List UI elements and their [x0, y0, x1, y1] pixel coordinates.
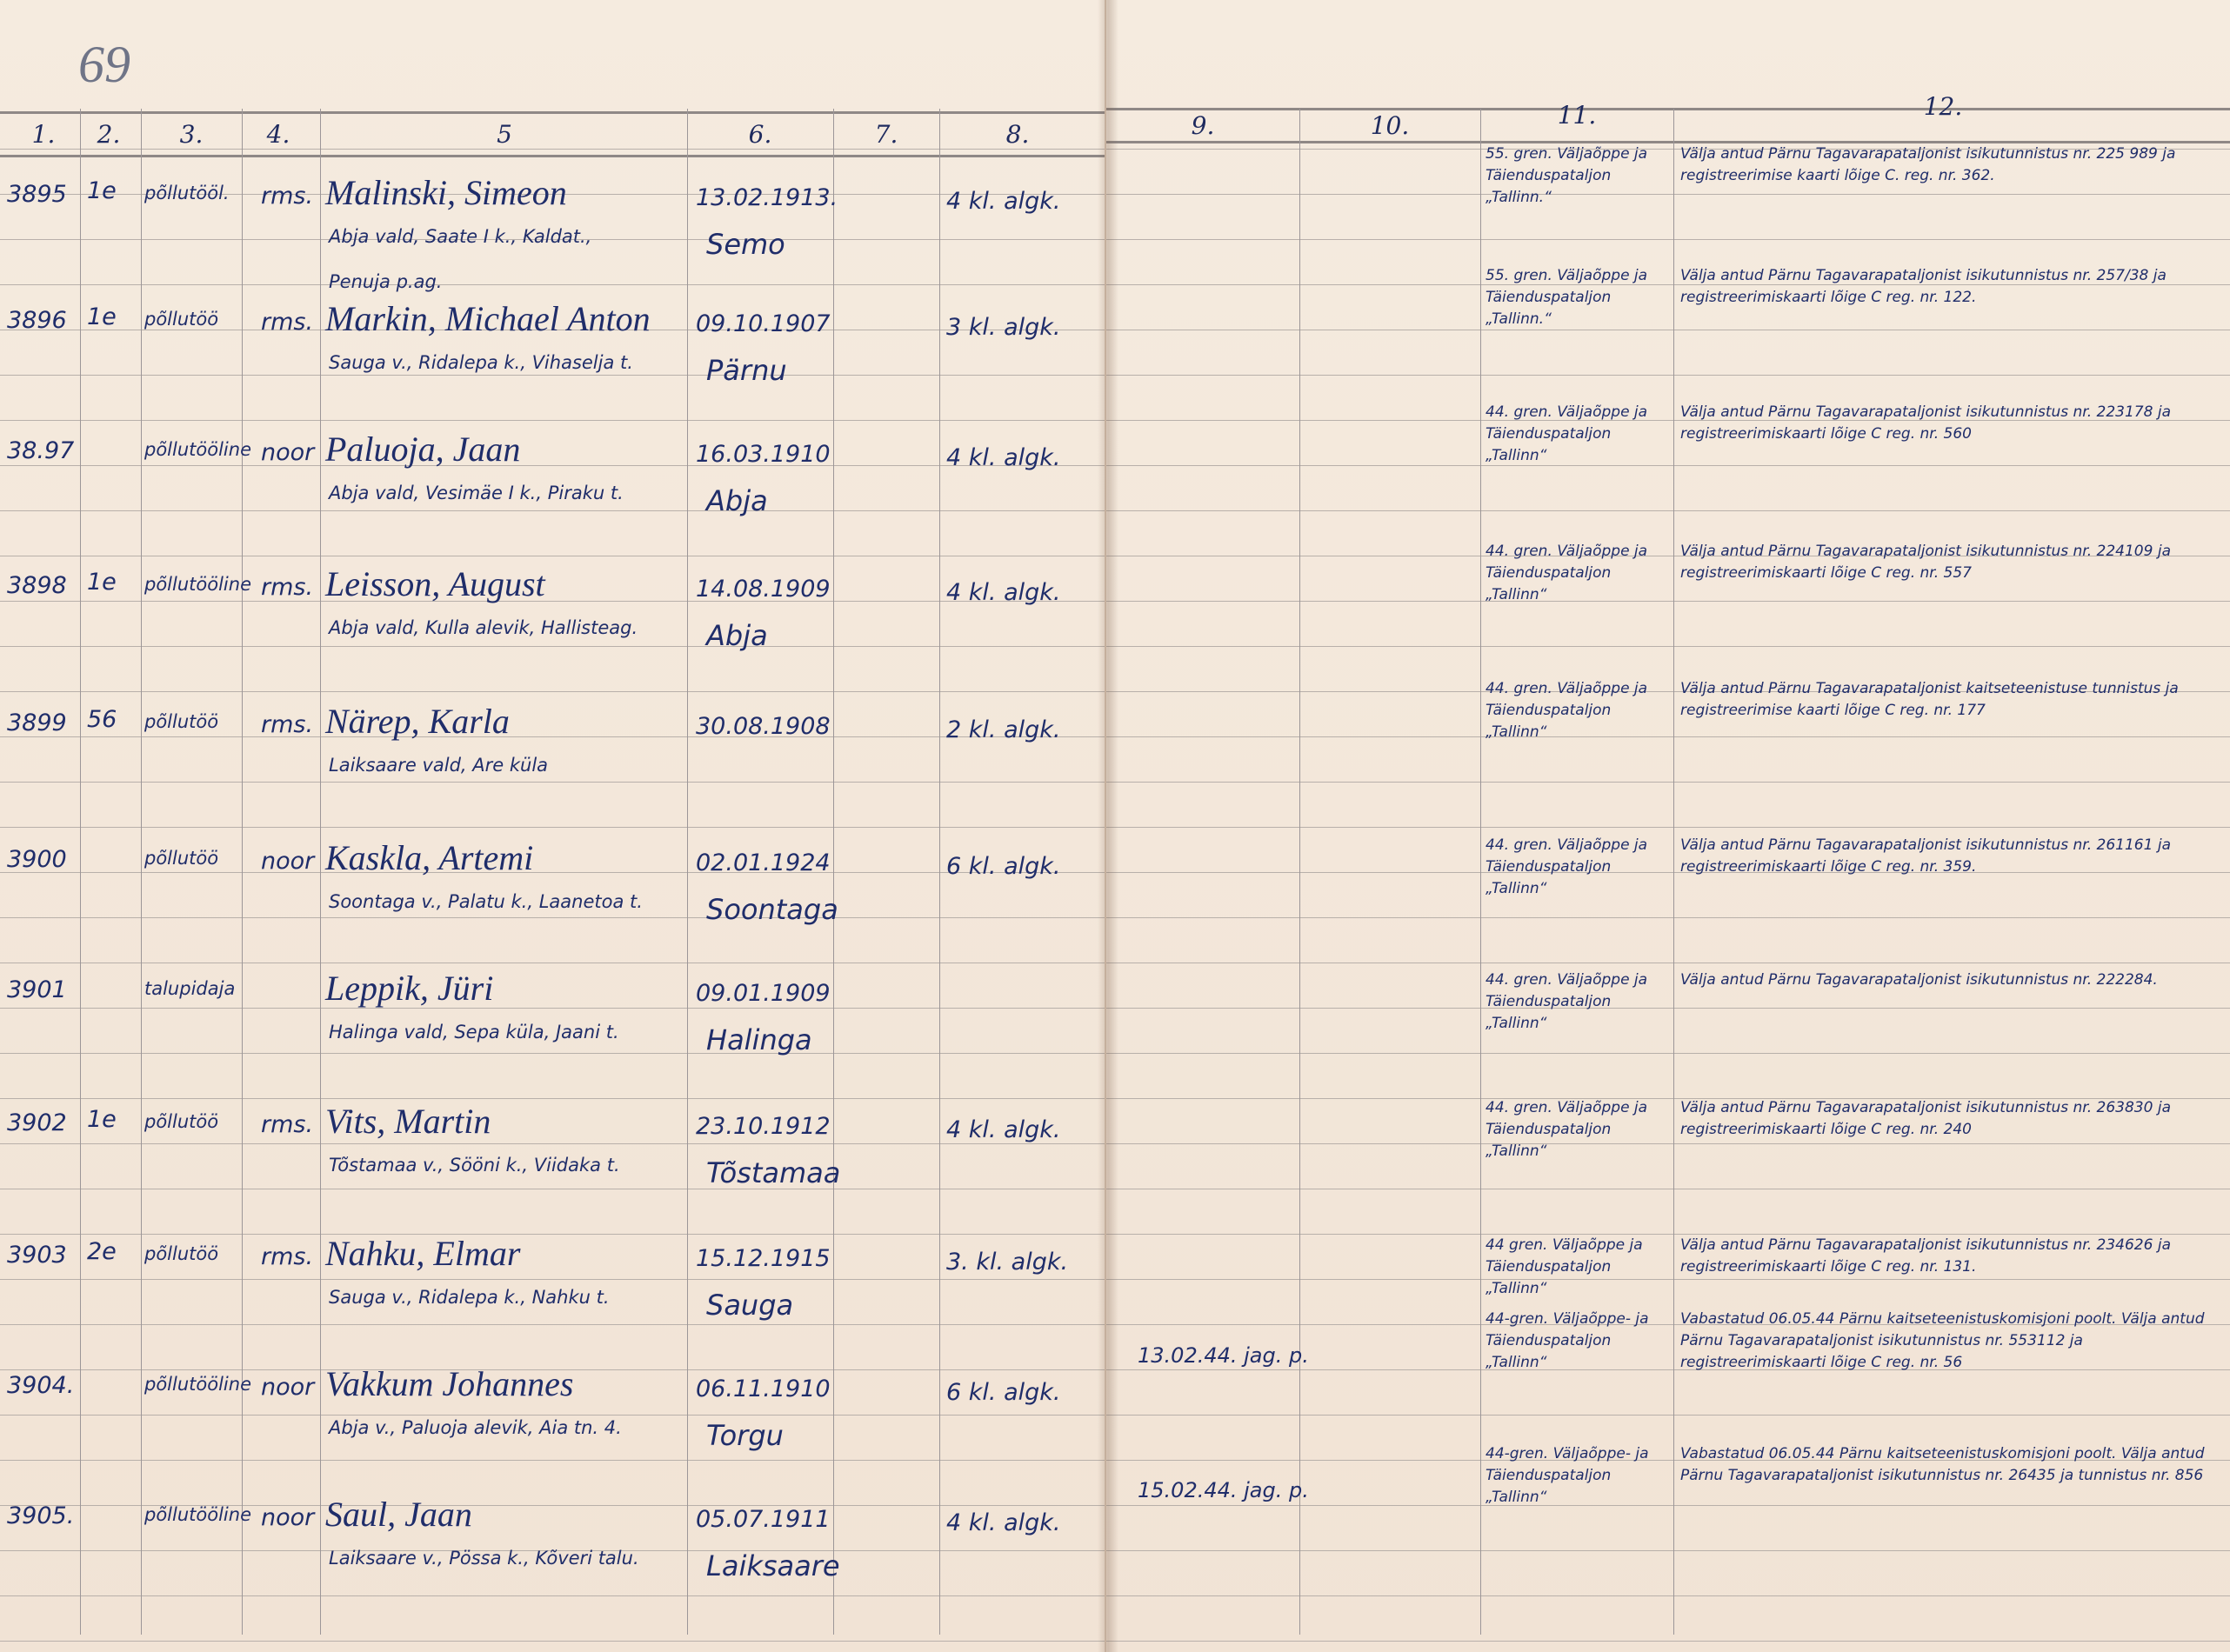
- entry-rank: noor: [261, 439, 314, 466]
- page-number: 69: [78, 35, 130, 95]
- entry-rank: rms.: [261, 183, 313, 210]
- entry-name: Saul, Jaan: [325, 1494, 472, 1535]
- entry-rank: rms.: [261, 574, 313, 601]
- entry-address: Soontaga v., Palatu k., Laanetoa t.: [329, 891, 643, 912]
- entry-rank: noor: [261, 848, 314, 875]
- entry-number: 3896: [7, 307, 67, 334]
- entry-birth-place: Abja: [706, 484, 768, 517]
- entry-birth-date: 05.07.1911: [696, 1506, 831, 1533]
- entry-occupation: põllutöö: [144, 848, 218, 869]
- ledger-book: 69 1. 2. 3. 4. 5 6. 7. 8. 38951epõllutöö…: [0, 0, 2230, 1652]
- entry-birth-date: 13.02.1913.: [696, 184, 838, 211]
- column-header-4: 4.: [244, 120, 313, 149]
- entry-name: Vakkum Johannes: [325, 1363, 573, 1404]
- entry-number: 3898: [7, 572, 67, 599]
- entry-name: Vits, Martin: [325, 1101, 491, 1142]
- entry-address: Laiksaare v., Pössa k., Kõveri talu.: [329, 1548, 639, 1569]
- entry-education: 3 kl. algk.: [946, 314, 1060, 341]
- column-divider: [242, 109, 243, 1635]
- entry-remark: Välja antud Pärnu Tagavarapataljonist is…: [1680, 1097, 2215, 1141]
- entry-category: 2e: [87, 1238, 117, 1265]
- entry-number: 3903: [7, 1242, 67, 1269]
- entry-name: Nahku, Elmar: [325, 1233, 520, 1274]
- entry-remark: Välja antud Pärnu Tagavarapataljonist is…: [1680, 402, 2215, 445]
- entry-rank: noor: [261, 1374, 314, 1401]
- entry-name: Kaskla, Artemi: [325, 837, 533, 878]
- entry-address: Sauga v., Ridalepa k., Nahku t.: [329, 1287, 610, 1308]
- entry-birth-date: 15.12.1915: [696, 1245, 831, 1272]
- column-divider: [1480, 109, 1481, 1635]
- entry-occupation: põllutöö: [144, 1111, 218, 1132]
- entry-birth-place: Laiksaare: [706, 1549, 840, 1582]
- book-gutter: [1098, 0, 1118, 1652]
- entry-unit: 44-gren. Väljaõppe- ja Täienduspataljon …: [1486, 1309, 1668, 1374]
- column-header-11: 11.: [1480, 101, 1673, 130]
- entry-education: 4 kl. algk.: [946, 188, 1060, 215]
- entry-address-cont: Penuja p.ag.: [329, 271, 442, 292]
- column-header-12: 12.: [1673, 92, 2213, 121]
- entry-birth-date: 16.03.1910: [696, 441, 831, 468]
- entry-occupation: põllutööline: [144, 439, 251, 460]
- column-header-8: 8.: [939, 120, 1096, 149]
- entry-occupation: põllutööline: [144, 1374, 251, 1395]
- entry-address: Abja vald, Vesimäe I k., Piraku t.: [329, 483, 624, 503]
- entry-category: 1e: [87, 569, 117, 596]
- entry-address: Abja vald, Saate I k., Kaldat.,: [329, 226, 591, 247]
- entry-address: Tõstamaa v., Sööni k., Viidaka t.: [329, 1155, 620, 1176]
- entry-birth-place: Semo: [706, 228, 785, 261]
- entry-address: Abja vald, Kulla alevik, Hallisteag.: [329, 617, 638, 638]
- entry-number: 3901: [7, 976, 67, 1003]
- right-page: 9. 10. 11. 12. 55. gren. Väljaõppe ja Tä…: [1106, 0, 2230, 1652]
- column-header-5: 5: [322, 120, 687, 149]
- column-divider: [1673, 109, 1674, 1635]
- entry-name: Närep, Karla: [325, 701, 510, 742]
- entry-number: 3905.: [7, 1502, 74, 1529]
- entry-remark: Välja antud Pärnu Tagavarapataljonist is…: [1680, 265, 2215, 309]
- column-divider: [1299, 109, 1300, 1635]
- column-divider: [80, 109, 81, 1635]
- entry-remark: Välja antud Pärnu Tagavarapataljonist is…: [1680, 969, 2215, 991]
- entry-unit: 44. gren. Väljaõppe ja Täienduspataljon …: [1486, 541, 1668, 606]
- entry-birth-place: Soontaga: [706, 893, 838, 926]
- entry-birth-place: Sauga: [706, 1289, 793, 1322]
- entry-address: Halinga vald, Sepa küla, Jaani t.: [329, 1022, 619, 1042]
- ruled-lines: [1106, 104, 2230, 1652]
- entry-occupation: põllutöö: [144, 309, 218, 330]
- entry-birth-date: 09.01.1909: [696, 980, 831, 1007]
- entry-category: 56: [87, 706, 117, 733]
- entry-col9: 15.02.44. jag. p.: [1138, 1478, 1309, 1502]
- entry-occupation: põllutööl.: [144, 183, 230, 203]
- entry-birth-place: Tõstamaa: [706, 1156, 840, 1189]
- column-header-6: 6.: [687, 120, 833, 149]
- entry-education: 4 kl. algk.: [946, 444, 1060, 471]
- left-page: 69 1. 2. 3. 4. 5 6. 7. 8. 38951epõllutöö…: [0, 0, 1106, 1652]
- entry-address: Laiksaare vald, Are küla: [329, 755, 548, 776]
- entry-birth-place: Abja: [706, 619, 768, 652]
- entry-birth-place: Halinga: [706, 1023, 812, 1056]
- column-divider: [687, 109, 688, 1635]
- entry-occupation: põllutöö: [144, 711, 218, 732]
- entry-occupation: põllutöö: [144, 1243, 218, 1264]
- entry-education: 2 kl. algk.: [946, 716, 1060, 743]
- entry-remark: Vabastatud 06.05.44 Pärnu kaitseteenistu…: [1680, 1443, 2215, 1487]
- entry-rank: rms.: [261, 711, 313, 738]
- entry-remark: Välja antud Pärnu Tagavarapataljonist is…: [1680, 541, 2215, 584]
- entry-birth-place: Pärnu: [706, 354, 787, 387]
- column-header-3: 3.: [148, 120, 235, 149]
- entry-number: 3895: [7, 181, 67, 208]
- column-divider: [833, 109, 834, 1635]
- entry-name: Leppik, Jüri: [325, 968, 493, 1009]
- entry-category: 1e: [87, 303, 117, 330]
- entry-unit: 44-gren. Väljaõppe- ja Täienduspataljon …: [1486, 1443, 1668, 1509]
- entry-remark: Vabastatud 06.05.44 Pärnu kaitseteenistu…: [1680, 1309, 2215, 1374]
- entry-unit: 44. gren. Väljaõppe ja Täienduspataljon …: [1486, 402, 1668, 467]
- column-divider: [939, 109, 940, 1635]
- entry-number: 3904.: [7, 1372, 74, 1399]
- column-header-9: 9.: [1106, 111, 1299, 140]
- entry-birth-date: 23.10.1912: [696, 1113, 831, 1140]
- entry-occupation: põllutööline: [144, 574, 251, 595]
- entry-number: 3899: [7, 709, 67, 736]
- entry-name: Paluoja, Jaan: [325, 429, 520, 470]
- entry-birth-place: Torgu: [706, 1419, 784, 1452]
- entry-category: 1e: [87, 177, 117, 204]
- entry-unit: 55. gren. Väljaõppe ja Täienduspataljon …: [1486, 265, 1668, 330]
- entry-number: 38.97: [7, 437, 74, 464]
- entry-birth-date: 30.08.1908: [696, 713, 831, 740]
- entry-unit: 44 gren. Väljaõppe ja Täienduspataljon „…: [1486, 1235, 1668, 1300]
- entry-birth-date: 14.08.1909: [696, 576, 831, 603]
- column-header-1: 1.: [17, 120, 70, 149]
- entry-education: 6 kl. algk.: [946, 1379, 1060, 1406]
- entry-unit: 44. gren. Väljaõppe ja Täienduspataljon …: [1486, 969, 1668, 1035]
- entry-remark: Välja antud Pärnu Tagavarapataljonist is…: [1680, 835, 2215, 878]
- entry-birth-date: 09.10.1907: [696, 310, 831, 337]
- entry-education: 4 kl. algk.: [946, 1116, 1060, 1143]
- entry-birth-date: 02.01.1924: [696, 849, 831, 876]
- column-divider: [141, 109, 142, 1635]
- entry-address: Abja v., Paluoja alevik, Aia tn. 4.: [329, 1417, 622, 1438]
- entry-education: 6 kl. algk.: [946, 853, 1060, 880]
- entry-number: 3902: [7, 1109, 67, 1136]
- column-header-2: 2.: [83, 120, 135, 149]
- entry-remark: Välja antud Pärnu Tagavarapataljonist is…: [1680, 143, 2215, 187]
- entry-rank: noor: [261, 1504, 314, 1531]
- entry-rank: rms.: [261, 1111, 313, 1138]
- entry-education: 4 kl. algk.: [946, 1509, 1060, 1536]
- entry-name: Markin, Michael Anton: [325, 298, 651, 339]
- entry-birth-date: 06.11.1910: [696, 1376, 831, 1402]
- entry-unit: 55. gren. Väljaõppe ja Täienduspataljon …: [1486, 143, 1668, 209]
- entry-address: Sauga v., Ridalepa k., Vihaselja t.: [329, 352, 633, 373]
- entry-occupation: talupidaja: [144, 978, 235, 999]
- entry-unit: 44. gren. Väljaõppe ja Täienduspataljon …: [1486, 678, 1668, 743]
- entry-education: 4 kl. algk.: [946, 579, 1060, 606]
- entry-rank: rms.: [261, 309, 313, 336]
- column-header-10: 10.: [1299, 111, 1480, 140]
- entry-number: 3900: [7, 846, 67, 873]
- entry-occupation: põllutööline: [144, 1504, 251, 1525]
- entry-name: Leisson, August: [325, 563, 545, 604]
- entry-col9: 13.02.44. jag. p.: [1138, 1343, 1309, 1368]
- entry-remark: Välja antud Pärnu Tagavarapataljonist ka…: [1680, 678, 2215, 722]
- entry-education: 3. kl. algk.: [946, 1249, 1068, 1276]
- entry-name: Malinski, Simeon: [325, 172, 567, 213]
- entry-category: 1e: [87, 1106, 117, 1133]
- entry-rank: rms.: [261, 1243, 313, 1270]
- column-divider: [320, 109, 321, 1635]
- entry-unit: 44. gren. Väljaõppe ja Täienduspataljon …: [1486, 1097, 1668, 1162]
- column-header-7: 7.: [833, 120, 939, 149]
- entry-unit: 44. gren. Väljaõppe ja Täienduspataljon …: [1486, 835, 1668, 900]
- entry-remark: Välja antud Pärnu Tagavarapataljonist is…: [1680, 1235, 2215, 1278]
